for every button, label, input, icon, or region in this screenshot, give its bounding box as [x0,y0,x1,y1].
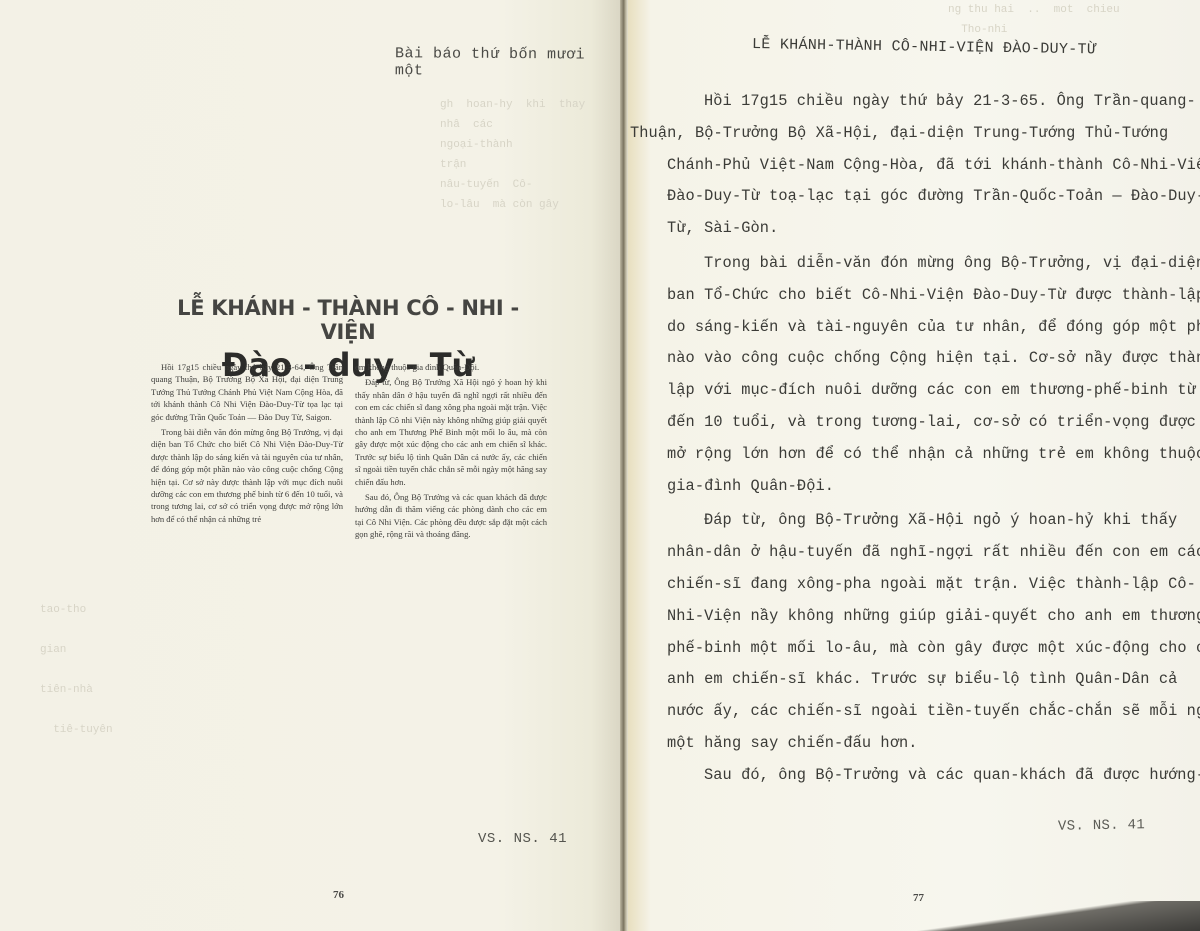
left-page: gh hoan-hy khi thay nhâ các ngoại-thành … [0,0,622,931]
text-line: Đào-Duy-Từ toạ-lạc tại góc đường Trần-Qu… [630,181,1187,213]
text-line: nhân-dân ở hậu-tuyến đã nghĩ-ngợi rất nh… [630,537,1187,569]
clipping-paragraph: Trong bài diễn văn đón mừng ông Bộ Trưởn… [151,426,343,525]
bleed-through-text: ng thu hai .. mot chieu Tho-nhi [948,0,1120,40]
text-line: mở rộng lớn hơn để có thể nhận cả những … [630,439,1187,471]
text-line: Hồi 17g15 chiều ngày thứ bảy 21-3-65. Ôn… [667,86,1187,118]
text-line: một hăng say chiến-đấu hơn. [630,728,1187,760]
paragraph-1: Hồi 17g15 chiều ngày thứ bảy 21-3-65. Ôn… [667,86,1187,245]
text-line: anh em chiến-sĩ khác. Trước sự biểu-lộ t… [630,664,1187,696]
book-spread: gh hoan-hy khi thay nhâ các ngoại-thành … [0,0,1200,931]
text-line: nào vào công cuộc chống Cộng hiện tại. C… [630,343,1187,375]
paragraph-2: Trong bài diễn-văn đón mừng ông Bộ-Trưởn… [667,248,1187,502]
clipping-paragraph: Đáp từ, Ông Bộ Trưởng Xã Hội ngỏ ý hoan … [355,376,547,488]
typed-article: Hồi 17g15 chiều ngày thứ bảy 21-3-65. Ôn… [667,86,1187,792]
clipping-paragraph: em không thuộc gia đình Quân-Đội. [355,361,547,373]
text-line: Từ, Sài-Gòn. [630,213,1187,245]
text-line: gia-đình Quân-Đội. [630,471,1187,503]
clipping-paragraph: Sau đó, Ông Bộ Trưởng và các quan khách … [355,491,547,541]
text-line: chiến-sĩ đang xông-pha ngoài mặt trận. V… [630,569,1187,601]
text-line: Trong bài diễn-văn đón mừng ông Bộ-Trưởn… [667,248,1187,280]
clipping-title-line1: LỄ KHÁNH - THÀNH CÔ - NHI - VIỆN [148,296,548,344]
clipping-paragraph: Hồi 17g15 chiều ngày thứ bảy 21-3-64, Ôn… [151,361,343,423]
bleed-through-text: gh hoan-hy khi thay nhâ các ngoại-thành … [440,95,585,215]
footer-code: VS. NS. 41 [478,831,567,847]
running-head: Bài báo thứ bốn mươi một [395,45,622,81]
paragraph-3: Đáp từ, ông Bộ-Trưởng Xã-Hội ngỏ ý hoan-… [667,505,1187,759]
text-line: do sáng-kiến và tài-nguyên của tư nhân, … [630,312,1187,344]
book-gutter [620,0,628,931]
text-line: ban Tổ-Chức cho biết Cô-Nhi-Viện Đào-Duy… [630,280,1187,312]
clipping-column-1: Hồi 17g15 chiều ngày thứ bảy 21-3-64, Ôn… [151,361,343,601]
footer-code: VS. NS. 41 [1058,817,1145,835]
text-line: Nhi-Viện nầy không những giúp giải-quyết… [630,601,1187,633]
text-line: phế-binh một mối lo-âu, mà còn gây được … [630,633,1187,665]
page-number: 76 [333,889,344,901]
text-line: đến 10 tuổi, và trong tương-lai, cơ-sở c… [630,407,1187,439]
newspaper-clipping: Hồi 17g15 chiều ngày thứ bảy 21-3-64, Ôn… [151,361,547,601]
paragraph-4: Sau đó, ông Bộ-Trưởng và các quan-khách … [667,760,1187,792]
text-line: Sau đó, ông Bộ-Trưởng và các quan-khách … [667,760,1187,792]
bleed-through-text-2: tao-tho gian tiên-nhà tiê-tuyên [40,600,113,740]
text-line: lập với mục-đích nuôi dưỡng các con em t… [630,375,1187,407]
text-line: Thuận, Bộ-Trưởng Bộ Xã-Hội, đại-diện Tru… [630,118,1187,150]
page-edge-shadow [780,901,1200,931]
text-line: nước ấy, các chiến-sĩ ngoài tiền-tuyến c… [630,696,1187,728]
clipping-column-2: em không thuộc gia đình Quân-Đội. Đáp từ… [355,361,547,601]
text-line: Chánh-Phủ Việt-Nam Cộng-Hòa, đã tới khán… [630,150,1187,182]
text-line: Đáp từ, ông Bộ-Trưởng Xã-Hội ngỏ ý hoan-… [667,505,1187,537]
